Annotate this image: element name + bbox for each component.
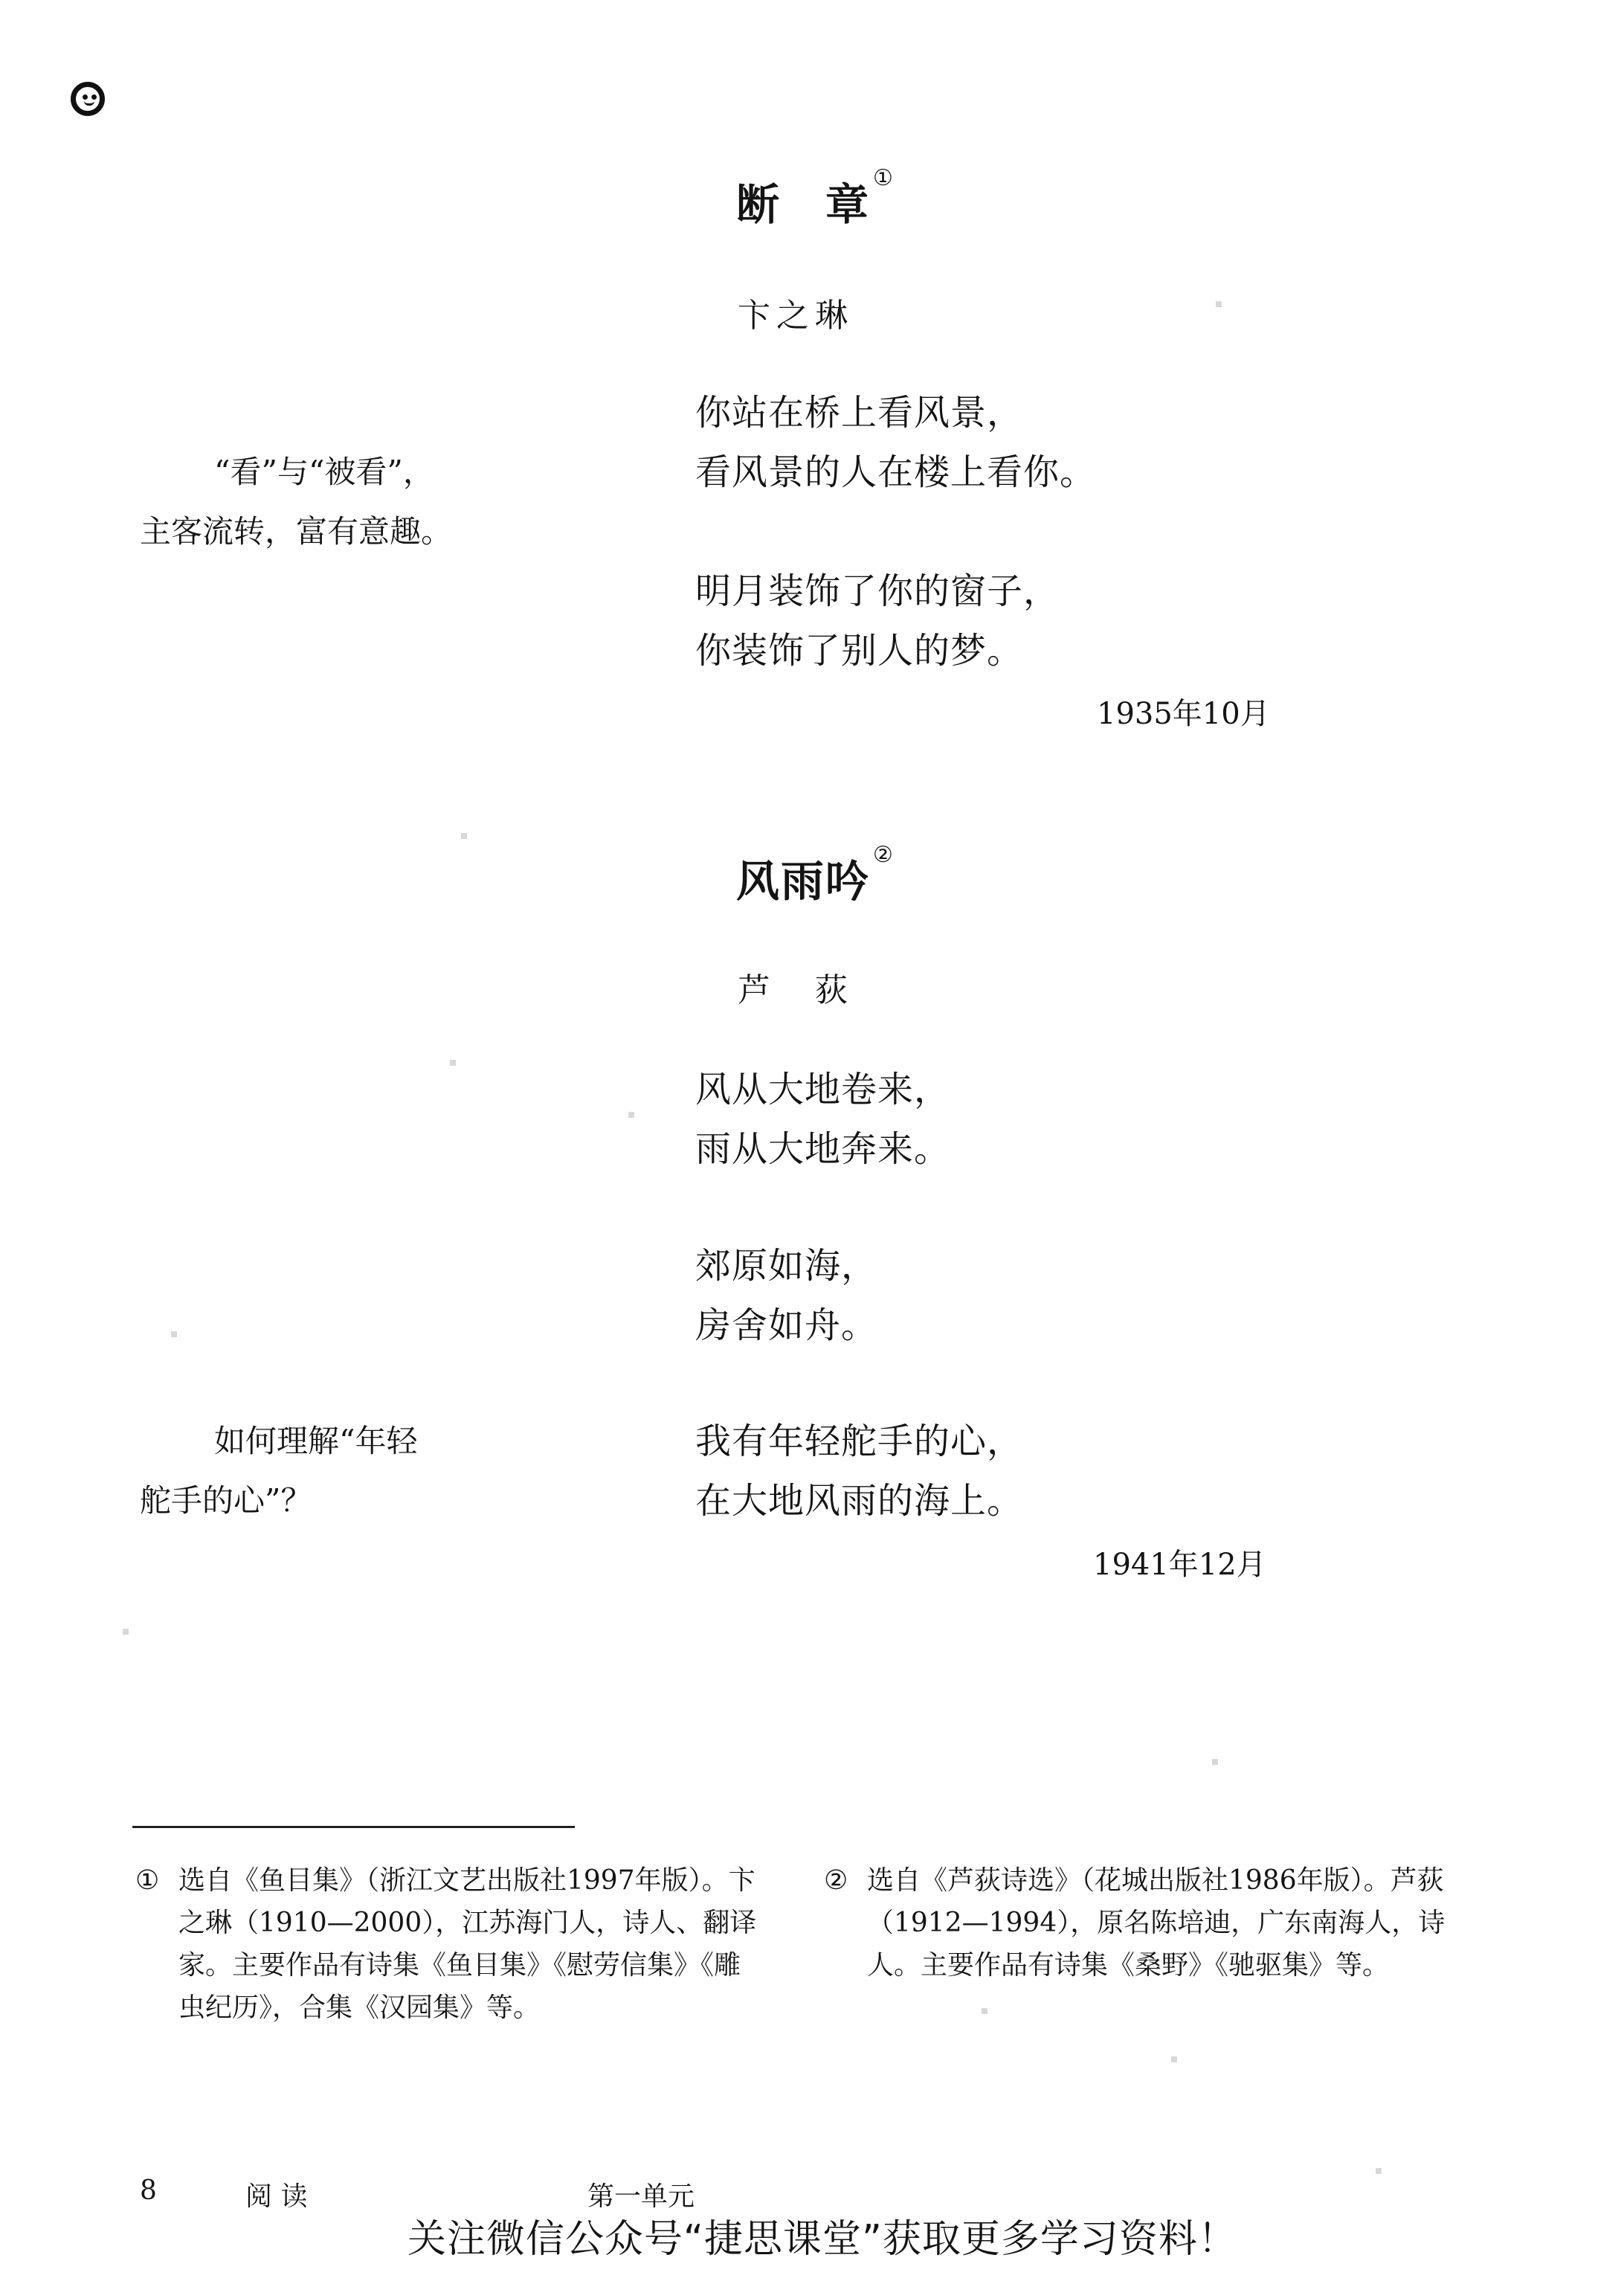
footnote-marker-1[interactable]: ① bbox=[873, 165, 895, 191]
side-note-line: 如何理解“年轻 bbox=[214, 1423, 417, 1459]
verse-line: 我有年轻舵手的心， bbox=[695, 1412, 1023, 1471]
side-note-line: 舵手的心”？ bbox=[140, 1471, 504, 1531]
verse-line: 你站在桥上看风景， bbox=[695, 383, 1096, 443]
verse-line: 明月装饰了你的窗子， bbox=[695, 562, 1060, 621]
poem-title-text: 风雨吟 bbox=[736, 856, 870, 907]
poem-title-duanzhang: 断 章① bbox=[736, 170, 895, 232]
verse-line: 在大地风雨的海上。 bbox=[695, 1471, 1023, 1531]
promo-banner: 关注微信公众号“捷思课堂”获取更多学习资料！ bbox=[407, 2207, 1237, 2263]
poem-stanza-2: 郊原如海， 房舍如舟。 bbox=[695, 1236, 877, 1355]
section-label: 阅 读 bbox=[245, 2175, 307, 2213]
scan-speck bbox=[1376, 2168, 1382, 2174]
smiley-face-icon bbox=[71, 82, 105, 116]
poem-title-text: 断 章 bbox=[736, 179, 870, 230]
poem-title-fengyuyin: 风雨吟② bbox=[736, 846, 895, 909]
side-note-2: 如何理解“年轻 舵手的心”？ bbox=[140, 1412, 504, 1531]
scan-speck bbox=[1171, 2056, 1177, 2062]
scan-speck bbox=[450, 1060, 456, 1066]
footnote-number: ① bbox=[135, 1859, 159, 1902]
scan-speck bbox=[1216, 301, 1222, 307]
side-note-line: “看”与“被看”， bbox=[214, 454, 434, 490]
footnote-separator bbox=[132, 1826, 575, 1828]
verse-line: 房舍如舟。 bbox=[695, 1296, 877, 1355]
verse-line: 郊原如海， bbox=[695, 1236, 877, 1296]
side-note-1: “看”与“被看”， 主客流转，富有意趣。 bbox=[140, 443, 504, 562]
scan-speck bbox=[171, 1331, 177, 1337]
scan-speck bbox=[461, 833, 467, 839]
verse-line: 风从大地卷来， bbox=[695, 1060, 950, 1119]
scan-speck bbox=[123, 1629, 129, 1635]
footnote-1: ① 选自《鱼目集》（浙江文艺出版社1997年版）。卞之琳（1910—2000），… bbox=[135, 1859, 760, 2029]
poem-stanza-2: 明月装饰了你的窗子， 你装饰了别人的梦。 bbox=[695, 562, 1060, 681]
verse-line: 你装饰了别人的梦。 bbox=[695, 621, 1060, 681]
scan-speck bbox=[1212, 1759, 1218, 1765]
side-note-line: 主客流转，富有意趣。 bbox=[140, 502, 504, 562]
verse-line: 雨从大地奔来。 bbox=[695, 1119, 950, 1179]
verse-line: 看风景的人在楼上看你。 bbox=[695, 443, 1096, 502]
poem-date: 1935年10月 bbox=[1097, 690, 1270, 733]
scan-speck bbox=[982, 2008, 987, 2014]
page-number: 8 bbox=[140, 2175, 157, 2206]
poem-stanza-1: 你站在桥上看风景， 看风景的人在楼上看你。 bbox=[695, 383, 1096, 502]
footnote-text: 选自《鱼目集》（浙江文艺出版社1997年版）。卞之琳（1910—2000），江苏… bbox=[178, 1859, 760, 2029]
poem-date: 1941年12月 bbox=[1093, 1541, 1266, 1583]
poem-author: 芦 荻 bbox=[738, 963, 854, 1011]
footnote-marker-2[interactable]: ② bbox=[873, 842, 895, 868]
footnote-number: ② bbox=[824, 1859, 848, 1902]
footnote-text: 选自《芦荻诗选》（花城出版社1986年版）。芦荻（1912—1994），原名陈培… bbox=[867, 1859, 1449, 1987]
scan-speck bbox=[628, 1112, 634, 1118]
poem-stanza-3: 我有年轻舵手的心， 在大地风雨的海上。 bbox=[695, 1412, 1023, 1531]
poem-stanza-1: 风从大地卷来， 雨从大地奔来。 bbox=[695, 1060, 950, 1179]
footnote-2: ② 选自《芦荻诗选》（花城出版社1986年版）。芦荻（1912—1994），原名… bbox=[824, 1859, 1449, 1987]
poem-author: 卞之琳 bbox=[738, 289, 854, 336]
